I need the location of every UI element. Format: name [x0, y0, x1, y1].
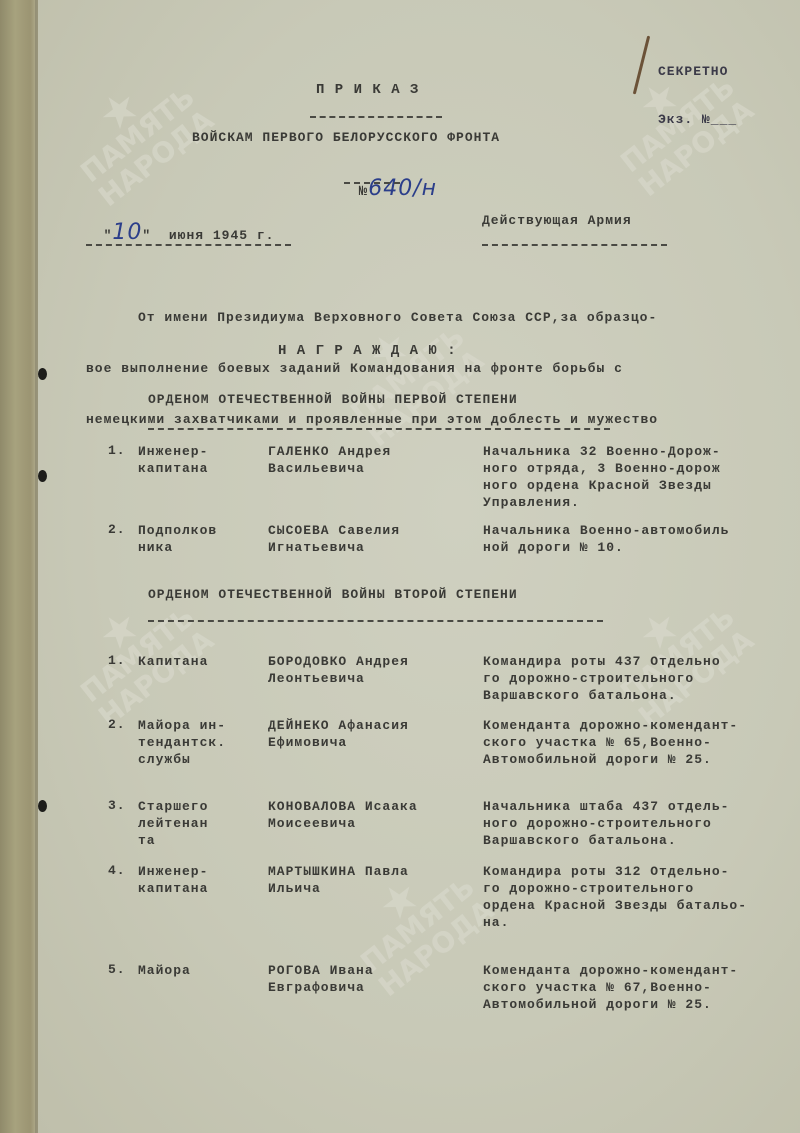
binding-spine: [0, 0, 38, 1133]
section-heading: ОРДЕНОМ ОТЕЧЕСТВЕННОЙ ВОЙНЫ ВТОРОЙ СТЕПЕ…: [148, 587, 518, 602]
order-date: "10" июня 1945 г.: [86, 205, 274, 245]
punch-hole: [38, 800, 47, 812]
punch-hole: [38, 470, 47, 482]
order-number: №640/н: [340, 160, 437, 201]
divider: [310, 116, 442, 118]
divider: [148, 620, 603, 622]
secrecy-stamp: СЕКРЕТНО Экз. №___: [658, 32, 737, 144]
divider: [344, 182, 400, 184]
preamble: От имени Президиума Верховного Совета Со…: [86, 275, 658, 445]
divider: [86, 244, 291, 246]
document-subtitle: ВОЙСКАМ ПЕРВОГО БЕЛОРУССКОГО ФРОНТА: [192, 130, 500, 145]
divider: [148, 428, 610, 430]
punch-hole: [38, 368, 47, 380]
divider: [482, 244, 667, 246]
location: Действующая Армия: [482, 213, 632, 228]
award-verb: Н А Г Р А Ж Д А Ю :: [278, 343, 457, 359]
document-title: П Р И К А З: [316, 82, 419, 98]
section-heading: ОРДЕНОМ ОТЕЧЕСТВЕННОЙ ВОЙНЫ ПЕРВОЙ СТЕПЕ…: [148, 392, 518, 407]
